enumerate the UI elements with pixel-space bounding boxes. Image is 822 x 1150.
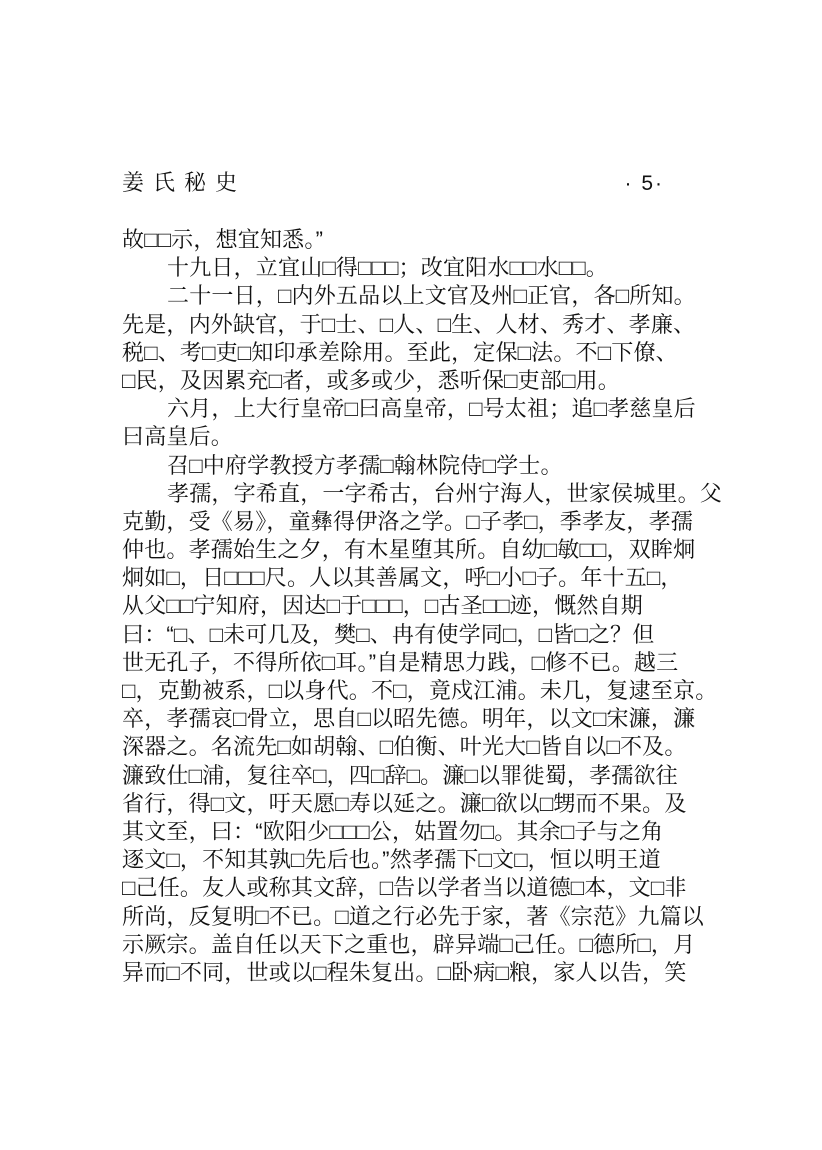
text-line: □己任。友人或称其文辞，□告以学者当以道德□本，文□非 [122,874,706,902]
text-line: □民，及因累充□者，或多或少，悉听保□吏部□用。 [122,367,706,395]
page-number: · 5· [625,171,703,197]
text-line: 孝孺，字希直，一字希古，台州宁海人，世家侯城里。父 [122,480,706,508]
text-line: 其文至，曰：“欧阳少□□□公，姑置勿□。其余□子与之角 [122,818,706,846]
text-line: 召□中府学教授方孝孺□翰林院侍□学士。 [122,452,706,480]
text-line: 异而□不同，世或以□程朱复出。□卧病□粮，家人以告，笑 [122,959,706,987]
body-text: 故□□示，想宜知悉。”十九日，立宜山□得□□□；改宜阳水□□水□□。二十一日，□… [122,226,706,987]
text-line: 从父□□宁知府，因达□于□□□，□古圣□□迹，慨然自期 [122,592,706,620]
text-line: 深器之。名流先□如胡翰、□伯衡、叶光大□皆自以□不及。 [122,733,706,761]
text-line: 炯如□，日□□□尺。人以其善属文，呼□小□子。年十五□， [122,564,706,592]
text-line: 二十一日，□内外五品以上文官及州□正官，各□所知。 [122,282,706,310]
text-line: □，克勤被系，□以身代。不□，竟戍江浦。未几，复逮至京。 [122,677,706,705]
text-line: 仲也。孝孺始生之夕，有木星堕其所。自幼□敏□□，双眸炯 [122,536,706,564]
text-line: 先是，内外缺官，于□士、□人、□生、人材、秀才、孝廉、 [122,311,706,339]
text-line: 曰：“□、□未可几及，樊□、冉有使学同□，□皆□之？但 [122,621,706,649]
text-line: 濂致仕□浦，复往卒□，四□辞□。濂□以罪徙蜀，孝孺欲往 [122,762,706,790]
text-line: 曰高皇后。 [122,423,706,451]
text-line: 卒，孝孺哀□骨立，思自□以昭先德。明年，以文□宋濂，濂 [122,705,706,733]
text-line: 故□□示，想宜知悉。” [122,226,706,254]
text-line: 六月，上大行皇帝□曰高皇帝，□号太祖；追□孝慈皇后 [122,395,706,423]
page-header: 姜氏秘史 · 5· [122,170,702,197]
text-line: 示厥宗。盖自任以天下之重也，辟异端□己任。□德所□，月 [122,931,706,959]
text-line: 税□、考□吏□知印承差除用。至此，定保□法。不□下僚、 [122,339,706,367]
text-line: 十九日，立宜山□得□□□；改宜阳水□□水□□。 [122,254,706,282]
text-line: 世无孔子，不得所依□耳。”自是精思力践，□修不已。越三 [122,649,706,677]
text-line: 克勤，受《易》，童彝得伊洛之学。□子孝□，季孝友，孝孺 [122,508,706,536]
text-line: 省行，得□文，吁天愿□寿以延之。濂□欲以□甥而不果。及 [122,790,706,818]
book-title: 姜氏秘史 [122,170,246,196]
text-line: 逐文□，不知其孰□先后也。”然孝孺下□文□，恒以明王道 [122,846,706,874]
document-page: 姜氏秘史 · 5· 故□□示，想宜知悉。”十九日，立宜山□得□□□；改宜阳水□□… [0,0,822,1150]
text-line: 所尚，反复明□不已。□道之行必先于家，著《宗范》九篇以 [122,903,706,931]
